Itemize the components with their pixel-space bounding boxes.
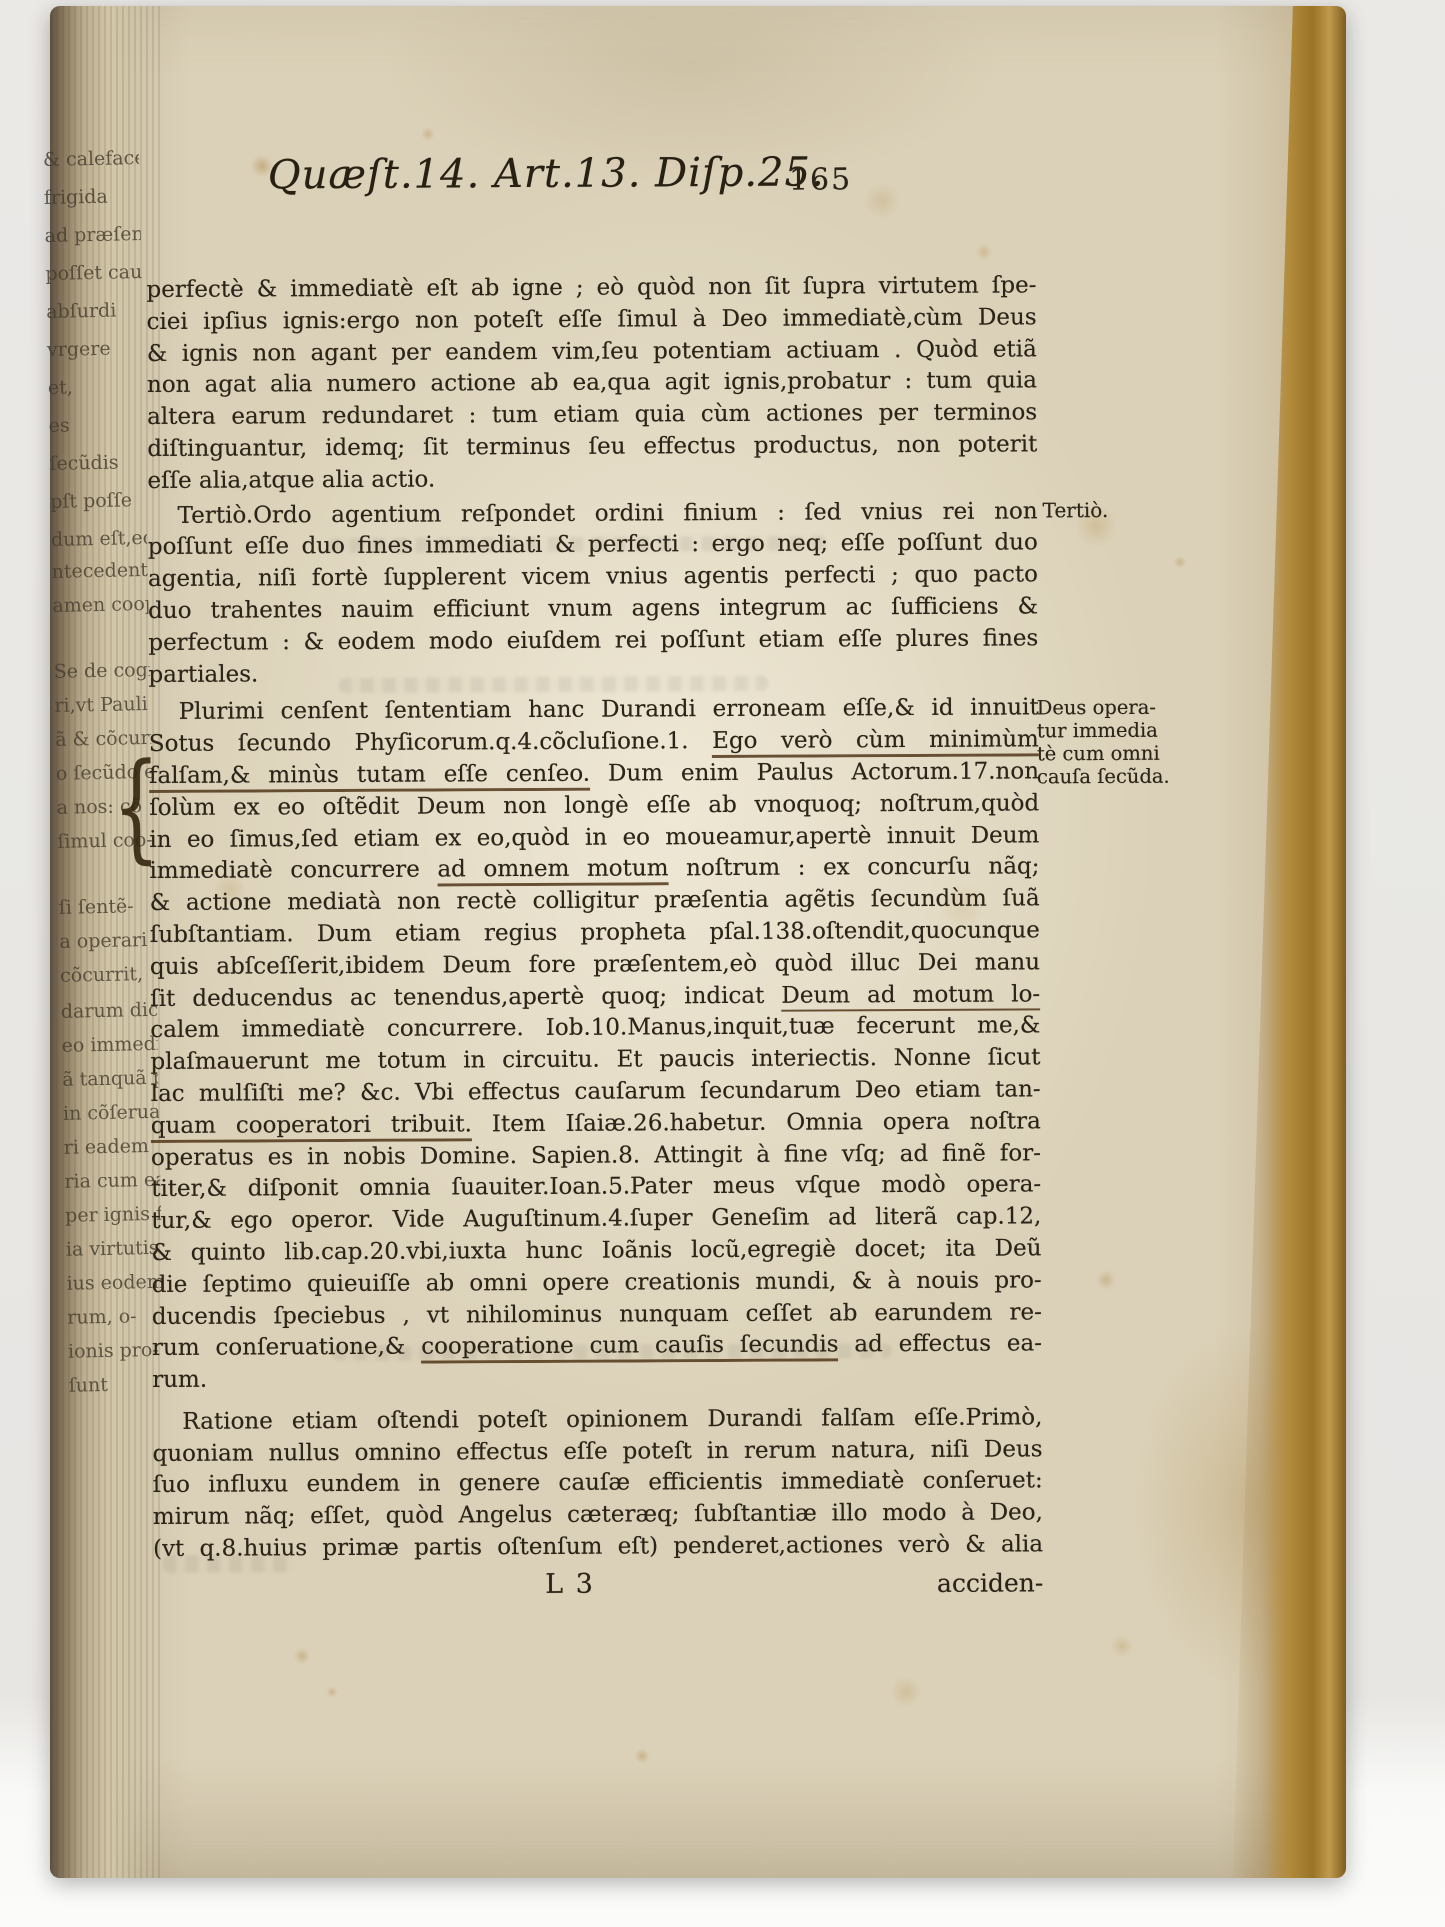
text-segment: (vt q.8.huius primæ partis oſtenſum eſt)… bbox=[153, 1531, 1043, 1562]
handwritten-ink-brace: { bbox=[113, 747, 160, 865]
text-segment: Plurimi cenſent ſententiam hanc Durandi … bbox=[179, 695, 1039, 726]
text-segment: eſſe alia,atque alia actio. bbox=[147, 466, 435, 494]
text-segment: & quinto lib.cap.20.vbi,iuxta hunc Ioãni… bbox=[151, 1235, 1041, 1266]
text-segment: & ignis non agant per eandem vim,ſeu pot… bbox=[147, 336, 1037, 367]
text-line: (vt q.8.huius primæ partis oſtenſum eſt)… bbox=[153, 1529, 1043, 1565]
ink-underlined-text: Deum ad motum lo- bbox=[781, 981, 1040, 1012]
text-segment: plaſmauerunt me totum in circuitu. Et pa… bbox=[150, 1044, 1040, 1075]
text-line: & quinto lib.cap.20.vbi,iuxta hunc Ioãni… bbox=[151, 1233, 1041, 1269]
text-segment: quoniam nullus omnino effectus eſſe pote… bbox=[152, 1436, 1042, 1467]
running-head: Quæſt.14. Art.13. Diſp.25. bbox=[268, 149, 825, 198]
text-segment: ad effectus ea- bbox=[838, 1331, 1042, 1358]
margin-note-line: tè cum omni bbox=[1037, 742, 1187, 766]
text-segment: ducendis ſpeciebus , vt nihilominus nunq… bbox=[152, 1299, 1042, 1330]
text-line: in eo ſimus,ſed etiam ex eo,quòd in eo m… bbox=[149, 820, 1039, 856]
text-segment: agentia, niſi fortè ſupplerent vicem vni… bbox=[148, 562, 1038, 593]
text-line: lac mulſiſti me? &c. Vbi effectus cauſar… bbox=[151, 1074, 1041, 1110]
text-segment: titer,& diſponit omnia ſuauiter.Ioan.5.P… bbox=[151, 1172, 1041, 1203]
margin-note-line: Deus opera- bbox=[1037, 696, 1187, 720]
margin-note-tertio: Tertiò. bbox=[1043, 498, 1109, 522]
ink-underlined-text: falſam,& minùs tutam eſſe cenſeo. bbox=[149, 761, 590, 793]
text-line: non agat alia numero actione ab ea,qua a… bbox=[147, 366, 1037, 402]
text-line: ſit deducendus ac tenendus,apertè quoq; … bbox=[150, 979, 1040, 1015]
text-line: partiales. bbox=[148, 655, 1038, 691]
text-line: ducendis ſpeciebus , vt nihilominus nunq… bbox=[152, 1297, 1042, 1333]
ink-underlined-text: ad omnem motum bbox=[437, 856, 668, 887]
text-segment: non agat alia numero actione ab ea,qua a… bbox=[147, 368, 1037, 399]
text-segment: Tertiò.Ordo agentium reſpondet ordini fi… bbox=[178, 498, 1038, 529]
text-segment: ſolùm ex eo oſtẽdit Deum non longè eſſe … bbox=[149, 790, 1039, 821]
body-paragraph: Tertiò.Ordo agentium reſpondet ordini fi… bbox=[148, 496, 1039, 691]
text-segment: ſubſtantiam. Dum etiam regius propheta p… bbox=[150, 917, 1040, 948]
text-line: die ſeptimo quieuiſſe ab omni opere crea… bbox=[152, 1265, 1042, 1301]
catchword: acciden- bbox=[908, 1568, 1043, 1598]
text-line: rum conſeruatione,& cooperatione cum cau… bbox=[152, 1329, 1042, 1365]
body-text-column: perfectè & immediatè eſt ab igne ; eò qu… bbox=[146, 270, 1043, 1566]
text-segment: rum conſeruatione,& bbox=[152, 1334, 421, 1361]
text-line: quam cooperatori tribuit. Item Iſaiæ.26.… bbox=[151, 1106, 1041, 1142]
text-line: quis abſceſſerit,ibidem Deum fore præſen… bbox=[150, 947, 1040, 983]
text-line: tur,& ego operor. Vide Auguſtinum.4.ſupe… bbox=[151, 1201, 1041, 1237]
text-line: mirum nãq; eſſet, quòd Angelus cæteræq; … bbox=[153, 1498, 1043, 1534]
text-line: plaſmauerunt me totum in circuitu. Et pa… bbox=[150, 1042, 1040, 1078]
text-segment: tur,& ego operor. Vide Auguſtinum.4.ſupe… bbox=[151, 1203, 1041, 1234]
text-segment: partiales. bbox=[148, 661, 258, 688]
text-segment: operatus es in nobis Domine. Sapien.8. A… bbox=[151, 1140, 1041, 1171]
text-line: diſtinguantur, idemq; ſit terminus ſeu e… bbox=[147, 429, 1037, 465]
text-line: perfectum : & eodem modo eiuſdem rei poſ… bbox=[148, 623, 1038, 659]
text-segment: noſtrum : ex concurſu nãq; bbox=[668, 854, 1039, 882]
body-paragraph: Plurimi cenſent ſententiam hanc Durandi … bbox=[149, 693, 1043, 1397]
text-segment: ſuo influxu eundem in genere cauſæ effic… bbox=[153, 1468, 1043, 1499]
text-segment: & actione mediatà non rectè colligitur p… bbox=[150, 885, 1040, 916]
text-segment: Dum enim Paulus Actorum.17.non bbox=[590, 758, 1039, 786]
text-segment: ciei ipſius ignis:ergo non poteſt eſſe ſ… bbox=[147, 304, 1037, 335]
text-line: eſſe alia,atque alia actio. bbox=[147, 461, 1037, 497]
text-segment: calem immediatè concurrere. Iob.10.Manus… bbox=[150, 1013, 1040, 1044]
text-segment: ſit deducendus ac tenendus,apertè quoq; … bbox=[150, 982, 781, 1011]
text-segment: rum. bbox=[152, 1367, 207, 1393]
text-segment: Item Iſaiæ.26.habetur. Omnia opera noſtr… bbox=[472, 1108, 1041, 1137]
text-line: Plurimi cenſent ſententiam hanc Durandi … bbox=[149, 693, 1039, 729]
text-line: poſſunt eſſe duo fines immediati & perfe… bbox=[148, 528, 1038, 564]
text-line: rum. bbox=[152, 1360, 1042, 1396]
page-content: Quæſt.14. Art.13. Diſp.25. 165 perfectè … bbox=[0, 0, 1445, 1927]
margin-note-line: cauſa ſecũda. bbox=[1037, 765, 1187, 789]
body-paragraph: perfectè & immediatè eſt ab igne ; eò qu… bbox=[146, 270, 1037, 497]
text-line: calem immediatè concurrere. Iob.10.Manus… bbox=[150, 1011, 1040, 1047]
text-line: Ratione etiam oſtendi poteſt opinionem D… bbox=[152, 1402, 1042, 1438]
text-segment: Ratione etiam oſtendi poteſt opinionem D… bbox=[182, 1404, 1042, 1435]
text-segment: altera earum redundaret : tum etiam quia… bbox=[147, 400, 1037, 431]
ink-underlined-text: quam cooperatori tribuit. bbox=[151, 1111, 472, 1142]
text-line: falſam,& minùs tutam eſſe cenſeo. Dum en… bbox=[149, 756, 1039, 792]
text-segment: diſtinguantur, idemq; ſit terminus ſeu e… bbox=[147, 431, 1037, 462]
text-segment: quis abſceſſerit,ibidem Deum fore præſen… bbox=[150, 949, 1040, 980]
margin-note-deus-operatur: Deus opera-tur immediatè cum omnicauſa ſ… bbox=[1037, 696, 1187, 789]
text-line: & ignis non agant per eandem vim,ſeu pot… bbox=[147, 334, 1037, 370]
text-line: operatus es in nobis Domine. Sapien.8. A… bbox=[151, 1138, 1041, 1174]
text-line: ciei ipſius ignis:ergo non poteſt eſſe ſ… bbox=[147, 302, 1037, 338]
page-number: 165 bbox=[789, 162, 852, 197]
ink-underlined-text: Ego verò cùm minimùm bbox=[712, 726, 1039, 758]
text-segment: Sotus ſecundo Phyſicorum.q.4.cõcluſione.… bbox=[149, 728, 712, 757]
text-segment: in eo ſimus,ſed etiam ex eo,quòd in eo m… bbox=[149, 822, 1039, 853]
text-line: altera earum redundaret : tum etiam quia… bbox=[147, 398, 1037, 434]
text-line: perfectè & immediatè eſt ab igne ; eò qu… bbox=[146, 270, 1036, 306]
text-line: agentia, niſi fortè ſupplerent vicem vni… bbox=[148, 560, 1038, 596]
text-segment: poſſunt eſſe duo fines immediati & perfe… bbox=[148, 530, 1038, 561]
text-line: quoniam nullus omnino effectus eſſe pote… bbox=[152, 1434, 1042, 1470]
text-line: & actione mediatà non rectè colligitur p… bbox=[150, 883, 1040, 919]
text-line: Sotus ſecundo Phyſicorum.q.4.cõcluſione.… bbox=[149, 724, 1039, 760]
text-segment: immediatè concurrere bbox=[149, 857, 437, 885]
text-segment: die ſeptimo quieuiſſe ab omni opere crea… bbox=[152, 1267, 1042, 1298]
book-photograph: & calefacerefrigidaad præſenpoſſet cauab… bbox=[0, 0, 1445, 1927]
quire-signature: L 3 bbox=[545, 1569, 595, 1600]
text-segment: perfectum : & eodem modo eiuſdem rei poſ… bbox=[148, 625, 1038, 656]
text-segment: duo trahentes nauim efficiunt vnum agens… bbox=[148, 593, 1038, 624]
text-line: ſolùm ex eo oſtẽdit Deum non longè eſſe … bbox=[149, 788, 1039, 824]
text-line: duo trahentes nauim efficiunt vnum agens… bbox=[148, 591, 1038, 627]
text-segment: perfectè & immediatè eſt ab igne ; eò qu… bbox=[146, 272, 1036, 303]
text-line: immediatè concurrere ad omnem motum noſt… bbox=[149, 852, 1039, 888]
text-segment: lac mulſiſti me? &c. Vbi effectus cauſar… bbox=[151, 1076, 1041, 1107]
body-paragraph: Ratione etiam oſtendi poteſt opinionem D… bbox=[152, 1402, 1043, 1566]
text-segment: mirum nãq; eſſet, quòd Angelus cæteræq; … bbox=[153, 1500, 1043, 1531]
ink-underlined-text: cooperatione cum cauſis ſecundis bbox=[421, 1332, 838, 1364]
margin-note-line: tur immedia bbox=[1037, 719, 1187, 743]
text-line: titer,& diſponit omnia ſuauiter.Ioan.5.P… bbox=[151, 1170, 1041, 1206]
text-line: ſuo influxu eundem in genere cauſæ effic… bbox=[153, 1466, 1043, 1502]
text-line: Tertiò.Ordo agentium reſpondet ordini fi… bbox=[148, 496, 1038, 532]
text-line: ſubſtantiam. Dum etiam regius propheta p… bbox=[150, 915, 1040, 951]
